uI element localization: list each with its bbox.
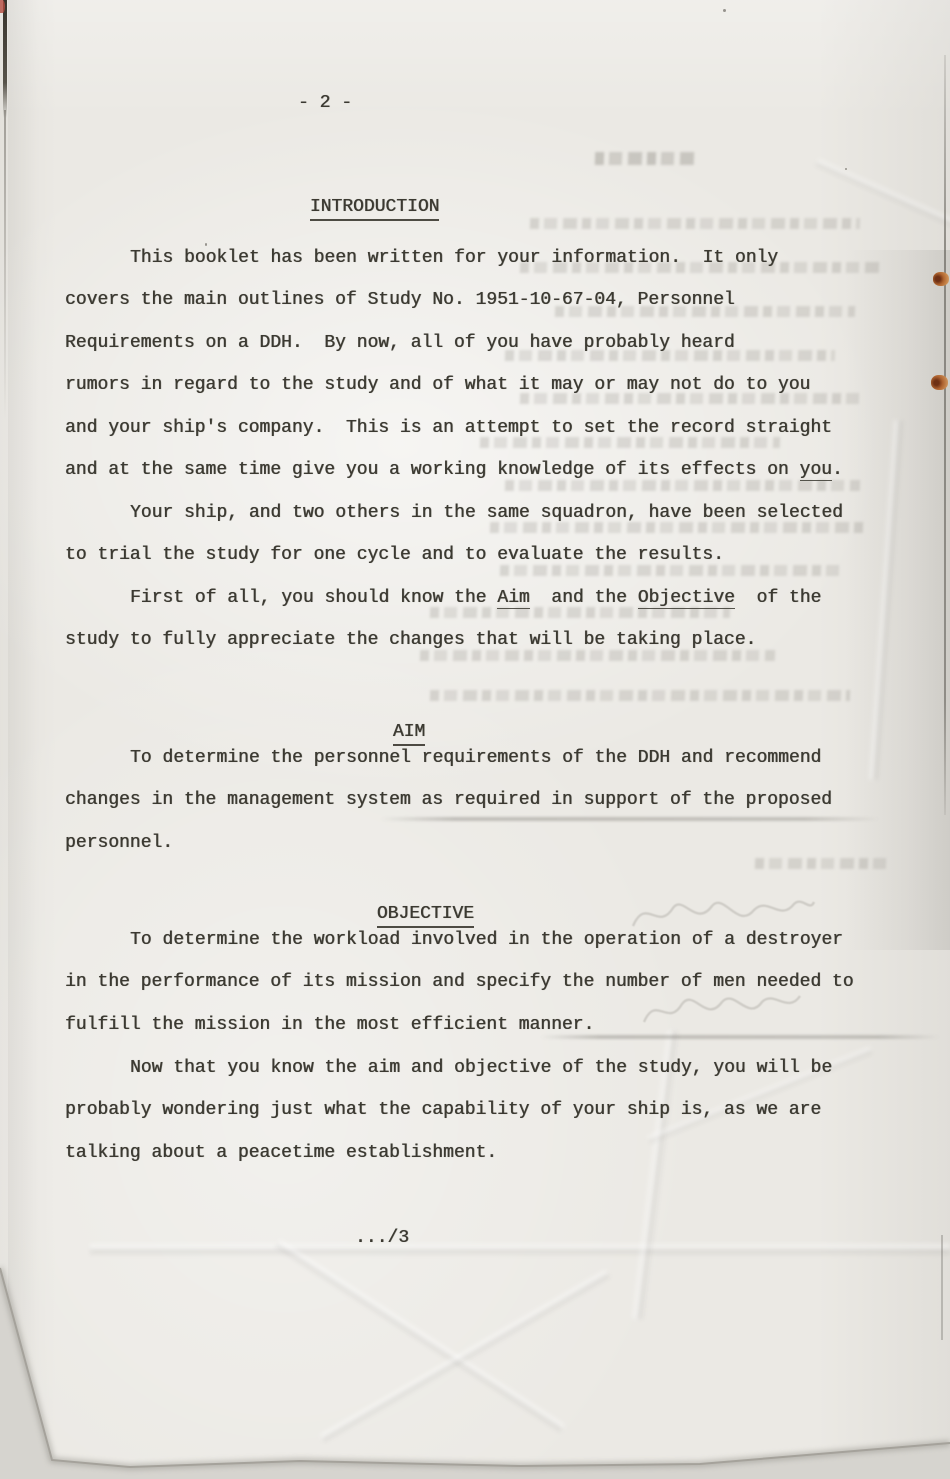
text-segment: in the performance of its mission and sp…: [65, 972, 854, 992]
text-line: To determine the personnel requirements …: [130, 748, 821, 769]
text-segment: to trial the study for one cycle and to …: [65, 545, 724, 565]
text-segment: rumors in regard to the study and of wha…: [65, 375, 810, 395]
text-segment: .: [832, 460, 843, 480]
text-segment: and the: [530, 588, 638, 608]
text-line: rumors in regard to the study and of wha…: [65, 375, 810, 396]
text-segment: study to fully appreciate the changes th…: [65, 630, 756, 650]
text-line: Your ship, and two others in the same sq…: [130, 503, 843, 524]
heading-text: AIM: [393, 722, 425, 746]
text-line: First of all, you should know the Aim an…: [130, 588, 821, 609]
heading-text: OBJECTIVE: [377, 904, 474, 928]
text-segment: probably wondering just what the capabil…: [65, 1100, 821, 1120]
text-line: talking about a peacetime establishment.: [65, 1143, 497, 1164]
text-line: study to fully appreciate the changes th…: [65, 630, 756, 651]
heading-text: INTRODUCTION: [310, 197, 440, 221]
scanned-document-page: - 2 - INTRODUCTION AIM OBJECTIVE .../3 T…: [0, 0, 950, 1479]
text-line: This booklet has been written for your i…: [130, 248, 778, 269]
text-segment: fulfill the mission in the most efficien…: [65, 1015, 594, 1035]
text-segment: covers the main outlines of Study No. 19…: [65, 290, 735, 310]
text-line: and your ship's company. This is an atte…: [65, 418, 832, 439]
text-segment: and your ship's company. This is an atte…: [65, 418, 832, 438]
text-segment: To determine the workload involved in th…: [130, 930, 843, 950]
text-segment: of the: [735, 588, 821, 608]
text-segment: To determine the personnel requirements …: [130, 748, 821, 768]
text-line: covers the main outlines of Study No. 19…: [65, 290, 735, 311]
text-line: probably wondering just what the capabil…: [65, 1100, 821, 1121]
text-segment: changes in the management system as requ…: [65, 790, 832, 810]
text-segment: and at the same time give you a working …: [65, 460, 800, 480]
text-segment: This booklet has been written for your i…: [130, 248, 778, 268]
text-line: Now that you know the aim and objective …: [130, 1058, 832, 1079]
text-line: changes in the management system as requ…: [65, 790, 832, 811]
text-line: and at the same time give you a working …: [65, 460, 843, 481]
underlined-text: Objective: [638, 588, 735, 609]
underlined-text: you: [800, 460, 832, 481]
text-segment: Now that you know the aim and objective …: [130, 1058, 832, 1078]
text-line: Requirements on a DDH. By now, all of yo…: [65, 333, 735, 354]
text-line: personnel.: [65, 833, 173, 854]
text-line: in the performance of its mission and sp…: [65, 972, 854, 993]
text-segment: First of all, you should know the: [130, 588, 497, 608]
section-heading-introduction: INTRODUCTION: [245, 176, 439, 238]
text-line: fulfill the mission in the most efficien…: [65, 1015, 594, 1036]
page-number: - 2 -: [298, 93, 352, 114]
text-line: to trial the study for one cycle and to …: [65, 545, 724, 566]
text-line: To determine the workload involved in th…: [130, 930, 843, 951]
document-body: - 2 - INTRODUCTION AIM OBJECTIVE .../3 T…: [0, 0, 950, 1479]
continuation-mark: .../3: [355, 1228, 409, 1249]
text-segment: Requirements on a DDH. By now, all of yo…: [65, 333, 735, 353]
text-segment: personnel.: [65, 833, 173, 853]
text-segment: Your ship, and two others in the same sq…: [130, 503, 843, 523]
text-segment: talking about a peacetime establishment.: [65, 1143, 497, 1163]
underlined-text: Aim: [497, 588, 529, 609]
